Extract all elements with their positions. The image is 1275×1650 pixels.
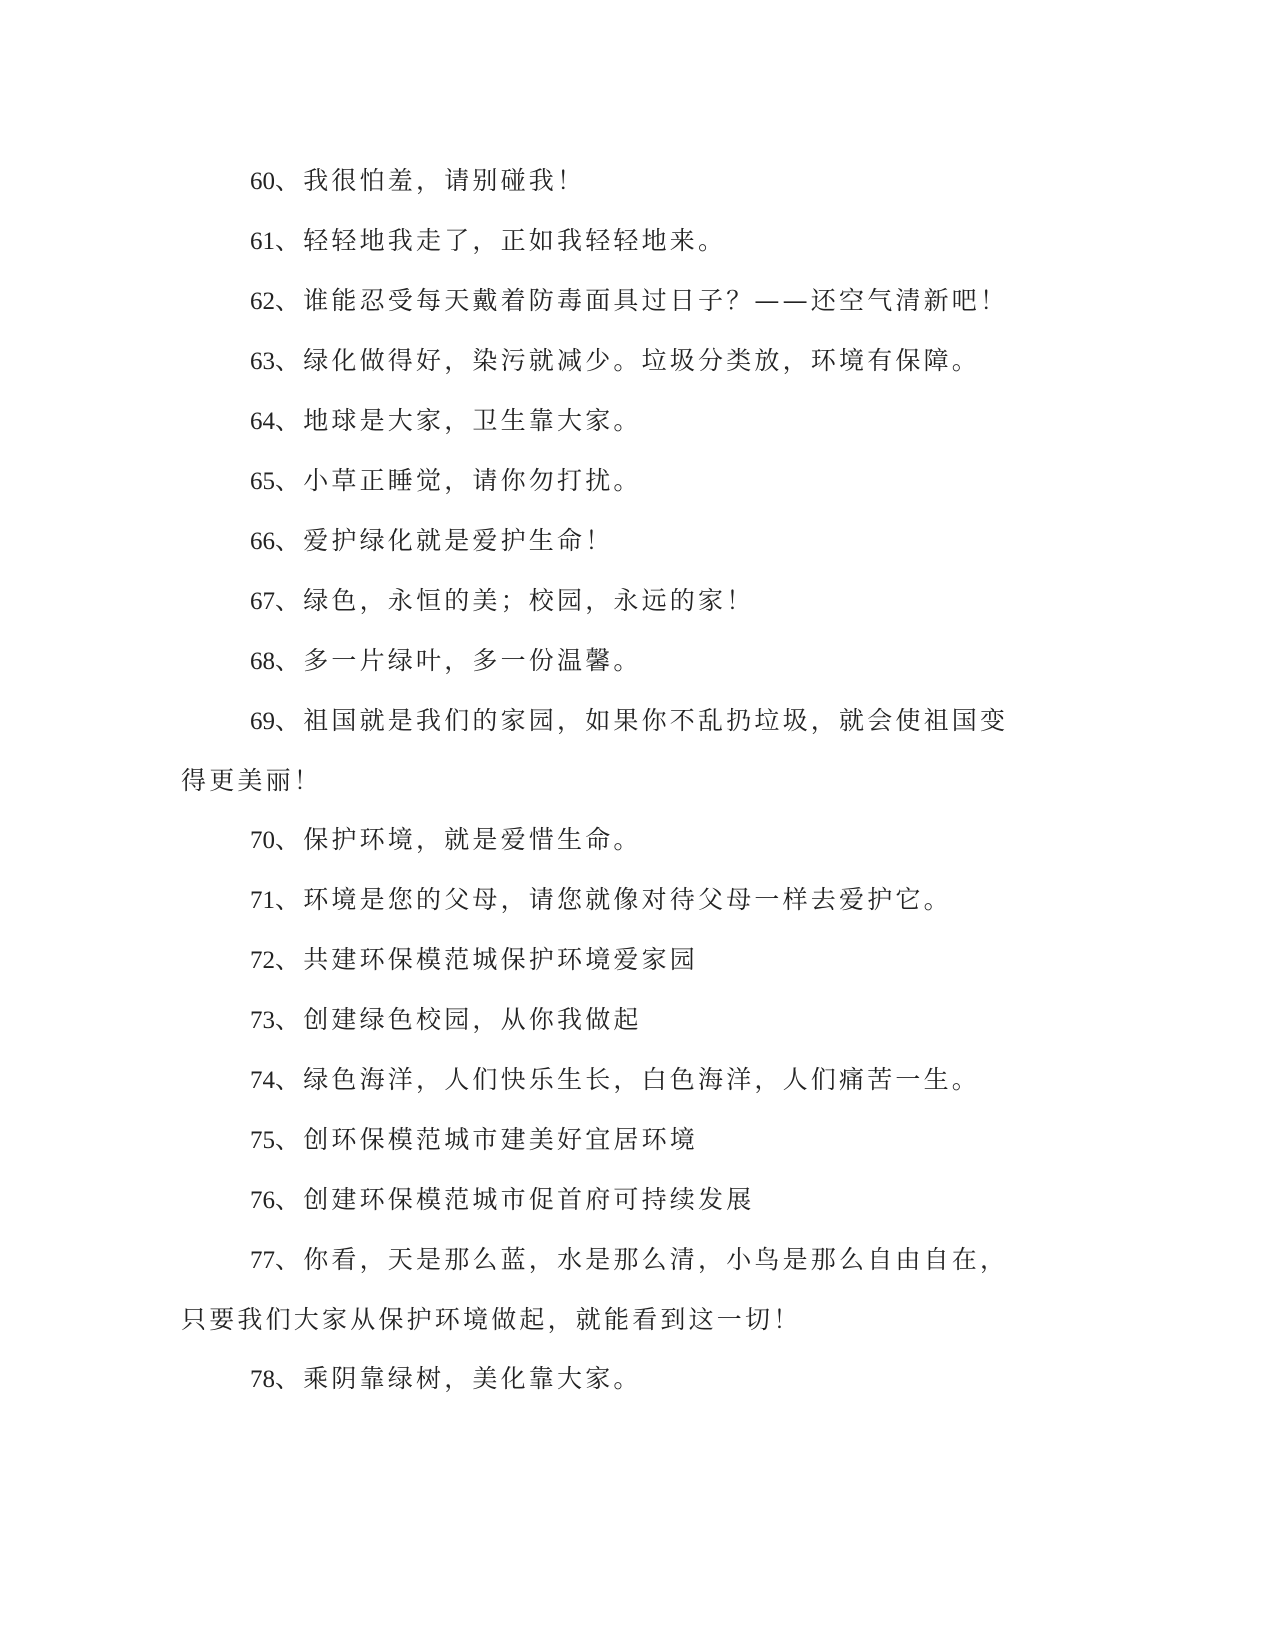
slogan-item-73: 73、创建绿色校园，从你我做起 [181,990,1031,1050]
slogan-item-65: 65、小草正睡觉，请你勿打扰。 [181,451,1031,511]
item-number: 73 [250,1007,275,1034]
slogan-item-75: 75、创环保模范城市建美好宜居环境 [181,1110,1031,1170]
item-number: 63 [250,348,275,375]
slogan-item-61: 61、轻轻地我走了，正如我轻轻地来。 [181,211,1031,271]
slogan-item-68: 68、多一片绿叶，多一份温馨。 [181,631,1031,691]
slogan-item-64: 64、地球是大家，卫生靠大家。 [181,391,1031,451]
item-text: 、创建环保模范城市促首府可持续发展 [275,1185,754,1214]
slogan-item-71: 71、环境是您的父母，请您就像对待父母一样去爱护它。 [181,870,1031,930]
item-number: 69 [250,708,275,735]
item-text: 、绿色，永恒的美；校园，永远的家！ [275,586,754,615]
slogan-item-62: 62、谁能忍受每天戴着防毒面具过日子？——还空气清新吧！ [181,271,1031,331]
item-text: 、创建绿色校园，从你我做起 [275,1005,642,1034]
item-text: 、祖国就是我们的家园，如果你不乱扔垃圾，就会使祖国变得更美丽！ [181,706,1008,795]
item-text: 、乘阴靠绿树，美化靠大家。 [275,1364,642,1393]
item-number: 72 [250,947,275,974]
item-number: 62 [250,288,275,315]
item-text: 、爱护绿化就是爱护生命！ [275,526,613,555]
slogan-item-60: 60、我很怕羞，请别碰我！ [181,151,1031,211]
item-number: 66 [250,528,275,555]
item-number: 77 [250,1247,275,1274]
item-text: 、环境是您的父母，请您就像对待父母一样去爱护它。 [275,885,952,914]
slogan-item-63: 63、绿化做得好，染污就减少。垃圾分类放，环境有保障。 [181,331,1031,391]
item-text: 、保护环境，就是爱惜生命。 [275,825,642,854]
item-text: 、绿色海洋，人们快乐生长，白色海洋，人们痛苦一生。 [275,1065,980,1094]
slogan-item-66: 66、爱护绿化就是爱护生命！ [181,511,1031,571]
item-text: 、小草正睡觉，请你勿打扰。 [275,466,642,495]
item-number: 70 [250,827,275,854]
item-number: 76 [250,1187,275,1214]
item-text: 、地球是大家，卫生靠大家。 [275,406,642,435]
document-page: 60、我很怕羞，请别碰我！ 61、轻轻地我走了，正如我轻轻地来。 62、谁能忍受… [181,151,1031,1409]
item-text: 、共建环保模范城保护环境爱家园 [275,945,698,974]
slogan-item-76: 76、创建环保模范城市促首府可持续发展 [181,1170,1031,1230]
item-number: 60 [250,168,275,195]
slogan-item-78: 78、乘阴靠绿树，美化靠大家。 [181,1349,1031,1409]
item-text: 、创环保模范城市建美好宜居环境 [275,1125,698,1154]
item-text: 、谁能忍受每天戴着防毒面具过日子？——还空气清新吧！ [275,286,1008,315]
slogan-item-74: 74、绿色海洋，人们快乐生长，白色海洋，人们痛苦一生。 [181,1050,1031,1110]
slogan-item-69: 69、祖国就是我们的家园，如果你不乱扔垃圾，就会使祖国变得更美丽！ [181,691,1031,810]
item-text: 、绿化做得好，染污就减少。垃圾分类放，环境有保障。 [275,346,980,375]
slogan-item-72: 72、共建环保模范城保护环境爱家园 [181,930,1031,990]
item-number: 64 [250,408,275,435]
item-number: 61 [250,228,275,255]
slogan-item-77: 77、你看，天是那么蓝，水是那么清，小鸟是那么自由自在，只要我们大家从保护环境做… [181,1230,1031,1349]
slogan-item-67: 67、绿色，永恒的美；校园，永远的家！ [181,571,1031,631]
item-number: 68 [250,648,275,675]
item-number: 78 [250,1366,275,1393]
item-number: 67 [250,588,275,615]
slogan-item-70: 70、保护环境，就是爱惜生命。 [181,810,1031,870]
item-text: 、你看，天是那么蓝，水是那么清，小鸟是那么自由自在，只要我们大家从保护环境做起，… [181,1245,1008,1334]
item-text: 、多一片绿叶，多一份温馨。 [275,646,642,675]
item-number: 71 [250,887,275,914]
item-number: 65 [250,468,275,495]
item-text: 、轻轻地我走了，正如我轻轻地来。 [275,226,726,255]
item-number: 75 [250,1127,275,1154]
item-text: 、我很怕羞，请别碰我！ [275,166,585,195]
item-number: 74 [250,1067,275,1094]
